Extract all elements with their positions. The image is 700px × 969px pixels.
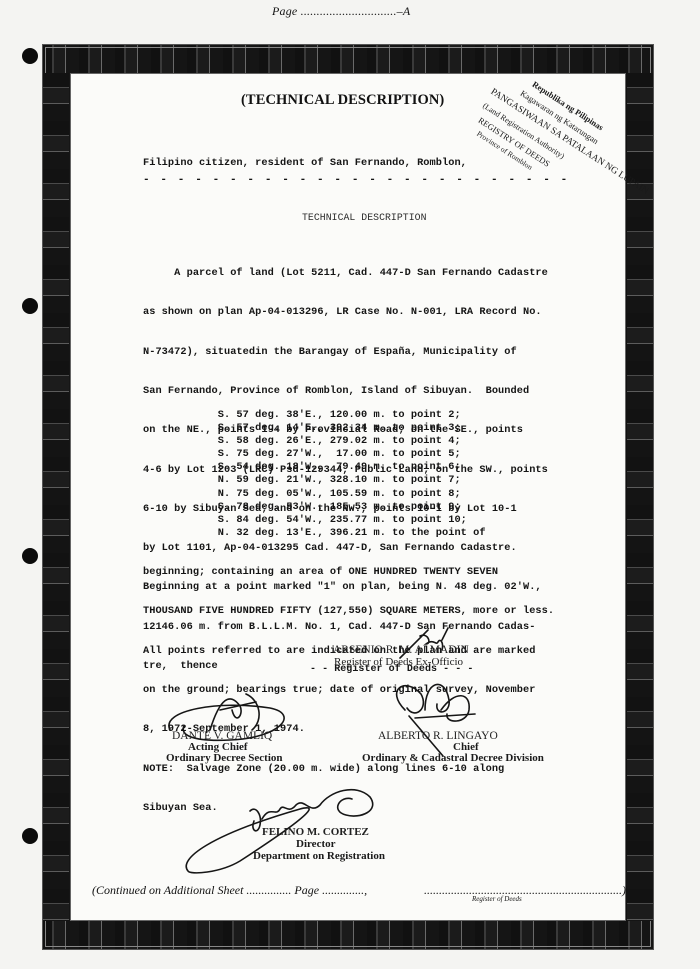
- punch-hole: [22, 548, 38, 564]
- chief-section: Ordinary & Cadastral Decree Division: [362, 752, 544, 764]
- body-line: San Fernando, Province of Romblon, Islan…: [143, 385, 548, 398]
- continued-on-sheet-line: (Continued on Additional Sheet .........…: [92, 883, 367, 898]
- document-heading: (TECHNICAL DESCRIPTION): [241, 92, 444, 109]
- punch-hole: [22, 298, 38, 314]
- dashed-separator: - - - - - - - - - - - - - - - - - - - - …: [143, 174, 569, 186]
- survey-course-line: N. 32 deg. 13'E., 396.21 m. to the point…: [143, 527, 486, 540]
- technical-description-subheading: TECHNICAL DESCRIPTION: [302, 212, 427, 223]
- registry-stamp: Republika ng Pilipinas Kagawaran ng Kata…: [480, 85, 640, 215]
- register-typed-title: - - Register of Deeds - - -: [310, 664, 473, 675]
- survey-course-line: S. 57 deg. 14'E., 392.34 m. to point 3;: [143, 422, 486, 435]
- survey-course-line: S. 58 deg. 26'E., 279.02 m. to point 4;: [143, 435, 486, 448]
- body-line: A parcel of land (Lot 5211, Cad. 447-D S…: [143, 267, 548, 280]
- survey-course-line: N. 75 deg. 05'W., 105.59 m. to point 8;: [143, 488, 486, 501]
- border-left: [43, 73, 69, 921]
- body-line: beginning; containing an area of ONE HUN…: [143, 566, 554, 579]
- body-line: as shown on plan Ap-04-013296, LR Case N…: [143, 306, 548, 319]
- chief-name: ALBERTO R. LINGAYO: [378, 730, 498, 742]
- register-signature-line: ........................................…: [424, 883, 626, 898]
- punch-hole: [22, 48, 38, 64]
- punch-hole: [22, 828, 38, 844]
- survey-course-line: N. 59 deg. 21'W., 328.10 m. to point 7;: [143, 474, 486, 487]
- citizen-line: Filipino citizen, resident of San Fernan…: [143, 157, 473, 169]
- survey-course-line: S. 57 deg. 38'E., 120.00 m. to point 2;: [143, 409, 486, 422]
- page-number-label: Page ..............................–A: [272, 4, 410, 19]
- director-name: FELINO M. CORTEZ: [262, 826, 369, 838]
- director-section: Department on Registration: [253, 850, 385, 862]
- survey-course-line: S. 78 deg. 53'W., 185.53 m. to point 9;: [143, 501, 486, 514]
- director-title: Director: [296, 838, 336, 850]
- register-of-deeds-caption: Register of Deeds: [472, 895, 522, 903]
- register-name: ARSENIO R. M. ALMADIN: [333, 644, 469, 656]
- survey-course-line: S. 75 deg. 27'W., 17.00 m. to point 5;: [143, 448, 486, 461]
- survey-courses: S. 57 deg. 38'E., 120.00 m. to point 2; …: [143, 409, 486, 540]
- survey-course-line: S. 84 deg. 54'W., 235.77 m. to point 10;: [143, 514, 486, 527]
- body-line: N-73472), situatedin the Barangay of Esp…: [143, 346, 548, 359]
- survey-course-line: S. 54 deg. 18'W., 79.49 m. to point 6;: [143, 461, 486, 474]
- acting-chief-section: Ordinary Decree Section: [166, 752, 283, 764]
- body-line: THOUSAND FIVE HUNDRED FIFTY (127,550) SQ…: [143, 605, 554, 618]
